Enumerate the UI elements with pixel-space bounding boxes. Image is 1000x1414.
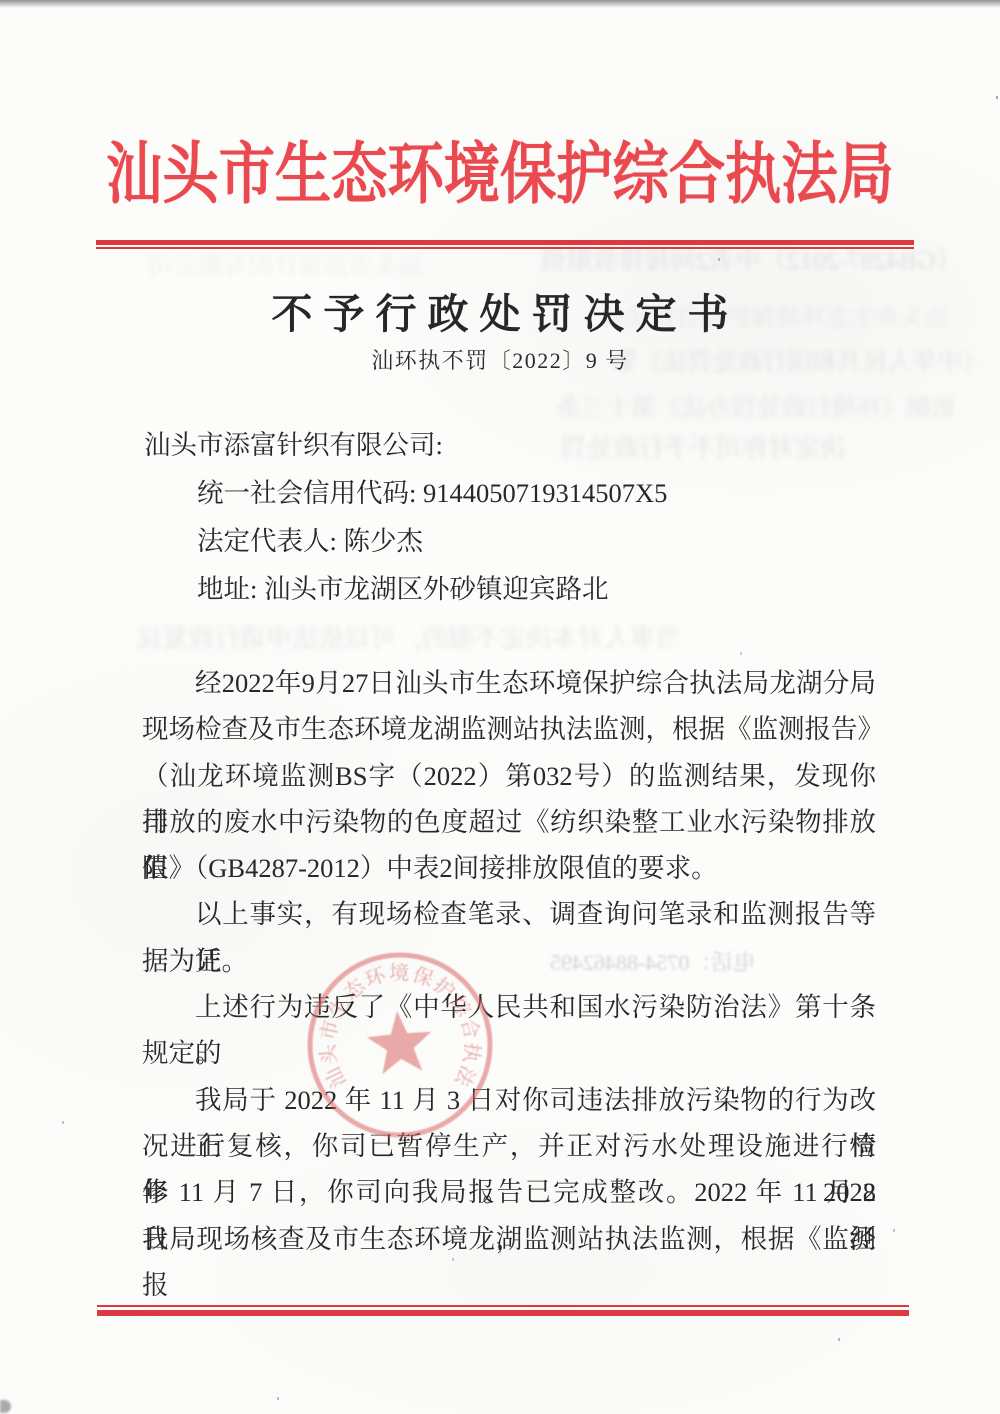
bleedthrough-ghost-text: 决定对你司不予行政处罚 (560, 428, 846, 465)
body-line: 值》（GB4287-2012）中表2间接排放限值的要求。 (142, 845, 876, 891)
official-seal: 汕头市生态环境保护综合执法局 (270, 915, 530, 1175)
rule-bar-thick (97, 1310, 909, 1316)
bleedthrough-ghost-text: 汕头市添富针织有限公司 (148, 246, 423, 282)
rule-bar-thin (96, 247, 914, 249)
letterhead-rule (96, 240, 914, 249)
body-line: 经2022年9月27日汕头市生态环境保护综合执法局龙湖分局 (142, 660, 876, 706)
scanned-document-page: （GB4287-2012）中表2间接排放限值汕头市添富针织有限公司汕头市生态环境… (0, 0, 1000, 1414)
footer-rule (97, 1305, 909, 1316)
recipient-company: 汕头市添富针织有限公司: (144, 428, 443, 462)
body-line: 我局现场核查及市生态环境龙湖监测站执法监测，根据《监测报 (142, 1216, 876, 1262)
seal-ring-text: 汕头市生态环境保护综合执法局 (270, 915, 488, 1109)
document-title: 不予行政处罚决定书 (0, 281, 1000, 340)
agency-name: 汕头市生态环境保护综合执法局 (106, 132, 894, 218)
recipient-address: 地址: 汕头市龙湖区外砂镇迎宾路北 (197, 572, 609, 606)
scan-edge-shadow (0, 0, 1000, 8)
seal-star-icon (365, 1008, 435, 1075)
body-line: 年 11 月 7 日，你司向我局报告已完成整改。2022 年 11 月 8 日，… (142, 1169, 876, 1215)
bleedthrough-ghost-text: 依据《环境行政处罚办法》第十三条 (556, 388, 956, 424)
recipient-legal-representative: 法定代表人: 陈少杰 (197, 524, 423, 558)
body-line: 排放的废水中污染物的色度超过《纺织染整工业水污染物排放限 (142, 799, 876, 845)
body-line: 现场检查及市生态环境龙湖监测站执法监测，根据《监测报告》 (142, 706, 876, 752)
recipient-credit-code: 统一社会信用代码: 9144050719314507X5 (197, 476, 667, 510)
scan-specks (0, 0, 2, 3)
bleedthrough-ghost-text: 当事人对本决定不服的，可以依法申请行政复议 (136, 618, 682, 655)
body-line: （汕龙环境监测BS字（2022）第032号）的监测结果，发现你司 (142, 753, 876, 799)
letterhead: 汕头市生态环境保护综合执法局 (0, 132, 1000, 218)
document-number: 汕环执不罚〔2022〕9 号 (0, 344, 1000, 375)
scan-corner-mark (0, 1400, 11, 1413)
